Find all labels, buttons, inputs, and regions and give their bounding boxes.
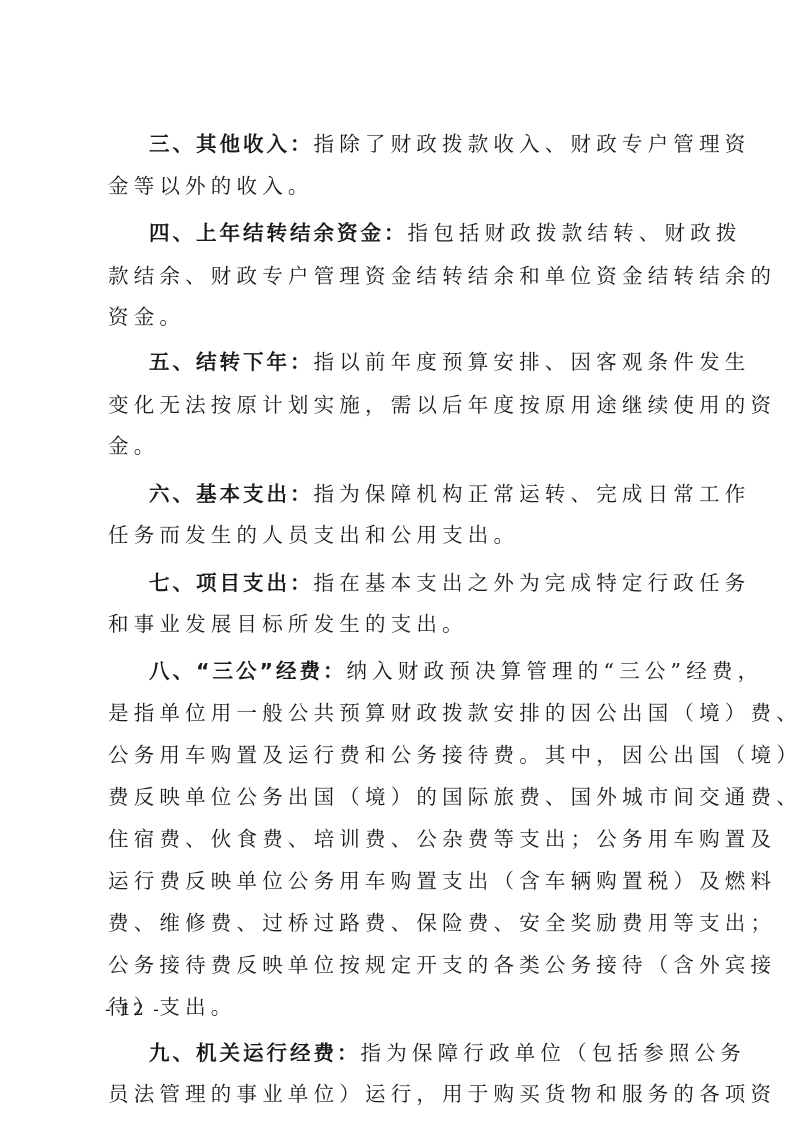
text-line: 公务用车购置及运行费和公务接待费。其中，因公出国（境） — [108, 741, 793, 769]
text-line: 员法管理的事业单位）运行，用于购买货物和服务的各项资 — [108, 1080, 776, 1108]
term-heading: 九、机关运行经费： — [149, 1041, 361, 1065]
paragraph-text: 指包括财政拨款结转、财政拨 — [408, 221, 742, 245]
paragraph-text: 指为保障机构正常运转、完成日常工作 — [314, 482, 751, 506]
text-line: 公务接待费反映单位按规定开支的各类公务接待（含外宾接 — [108, 951, 776, 979]
paragraph-project-expenditure: 七、项目支出：指在基本支出之外为完成特定行政任务 — [149, 569, 750, 597]
text-line: 金。 — [108, 432, 159, 460]
term-heading: 八、“三公”经费： — [149, 659, 346, 683]
paragraph-text: 纳入财政预决算管理的“三公”经费， — [346, 659, 763, 683]
paragraph-basic-expenditure: 六、基本支出：指为保障机构正常运转、完成日常工作 — [149, 480, 750, 508]
term-heading: 六、基本支出： — [149, 482, 314, 506]
term-heading: 四、上年结转结余资金： — [149, 221, 408, 245]
term-heading: 五、结转下年： — [149, 350, 314, 374]
text-line: 任务而发生的人员支出和公用支出。 — [108, 521, 519, 549]
paragraph-other-income: 三、其他收入：指除了财政拨款收入、财政专户管理资 — [149, 130, 750, 158]
paragraph-carry-forward: 五、结转下年：指以前年度预算安排、因客观条件发生 — [149, 348, 750, 376]
paragraph-operating-expenses: 九、机关运行经费：指为保障行政单位（包括参照公务 — [149, 1039, 746, 1067]
term-heading: 七、项目支出： — [149, 571, 314, 595]
text-line: 住宿费、伙食费、培训费、公杂费等支出；公务用车购置及 — [108, 825, 776, 853]
paragraph-text: 指以前年度预算安排、因客观条件发生 — [314, 350, 751, 374]
text-line: 变化无法按原计划实施，需以后年度按原用途继续使用的资 — [108, 391, 776, 419]
text-line: 是指单位用一般公共预算财政拨款安排的因公出国（境）费、 — [108, 699, 793, 727]
paragraph-text: 指为保障行政单位（包括参照公务 — [361, 1041, 747, 1065]
text-line: 费反映单位公务出国（境）的国际旅费、国外城市间交通费、 — [108, 783, 793, 811]
text-line: 资金。 — [108, 303, 185, 331]
text-line: 金等以外的收入。 — [108, 172, 314, 200]
term-heading: 三、其他收入： — [149, 132, 314, 156]
paragraph-prior-year-balance: 四、上年结转结余资金：指包括财政拨款结转、财政拨 — [149, 219, 742, 247]
paragraph-text: 指除了财政拨款收入、财政专户管理资 — [314, 132, 751, 156]
paragraph-text: 指在基本支出之外为完成特定行政任务 — [314, 571, 751, 595]
text-line: 运行费反映单位公务用车购置支出（含车辆购置税）及燃料 — [108, 867, 776, 895]
paragraph-three-public-expenses: 八、“三公”经费：纳入财政预决算管理的“三公”经费， — [149, 657, 763, 685]
page-number: - 12 - — [105, 1000, 161, 1020]
text-line: 和事业发展目标所发生的支出。 — [108, 610, 468, 638]
text-line: 款结余、财政专户管理资金结转结余和单位资金结转结余的 — [108, 262, 776, 290]
text-line: 费、维修费、过桥过路费、保险费、安全奖励费用等支出； — [108, 909, 776, 937]
